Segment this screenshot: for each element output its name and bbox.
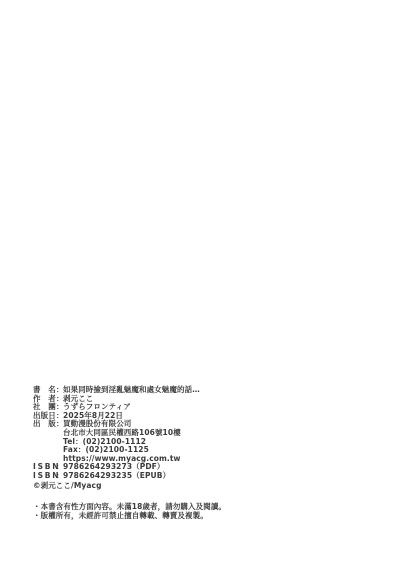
colophon-page: 書 名：如果同時撿到淫亂魅魔和處女魅魔的話… 作 者：剥元ここ 社 團：うずらフ… [0, 0, 400, 565]
field-value-isbn-epub: 9786264293235（EPUB） [63, 472, 170, 481]
field-label-isbn-epub: ISBN [33, 472, 56, 481]
colophon-block: 書 名：如果同時撿到淫亂魅魔和處女魅魔的話… 作 者：剥元ここ 社 團：うずらフ… [33, 386, 200, 490]
notices-block: ・本書含有性方面內容。未滿18歲者，請勿購入及閱讀。 ・版權所有，未經許可禁止擅… [33, 503, 226, 520]
label-colon: ： [56, 420, 63, 429]
label-colon: ： [56, 472, 63, 481]
field-label-publisher: 出 版 [33, 420, 56, 429]
colophon-row-isbn-epub: ISBN：9786264293235（EPUB） [33, 472, 200, 481]
rights-reserved-notice: ・版權所有，未經許可禁止擅自轉載、轉賣及複製。 [33, 512, 226, 521]
copyright-line: ©剥元ここ/Myacg [33, 482, 200, 491]
